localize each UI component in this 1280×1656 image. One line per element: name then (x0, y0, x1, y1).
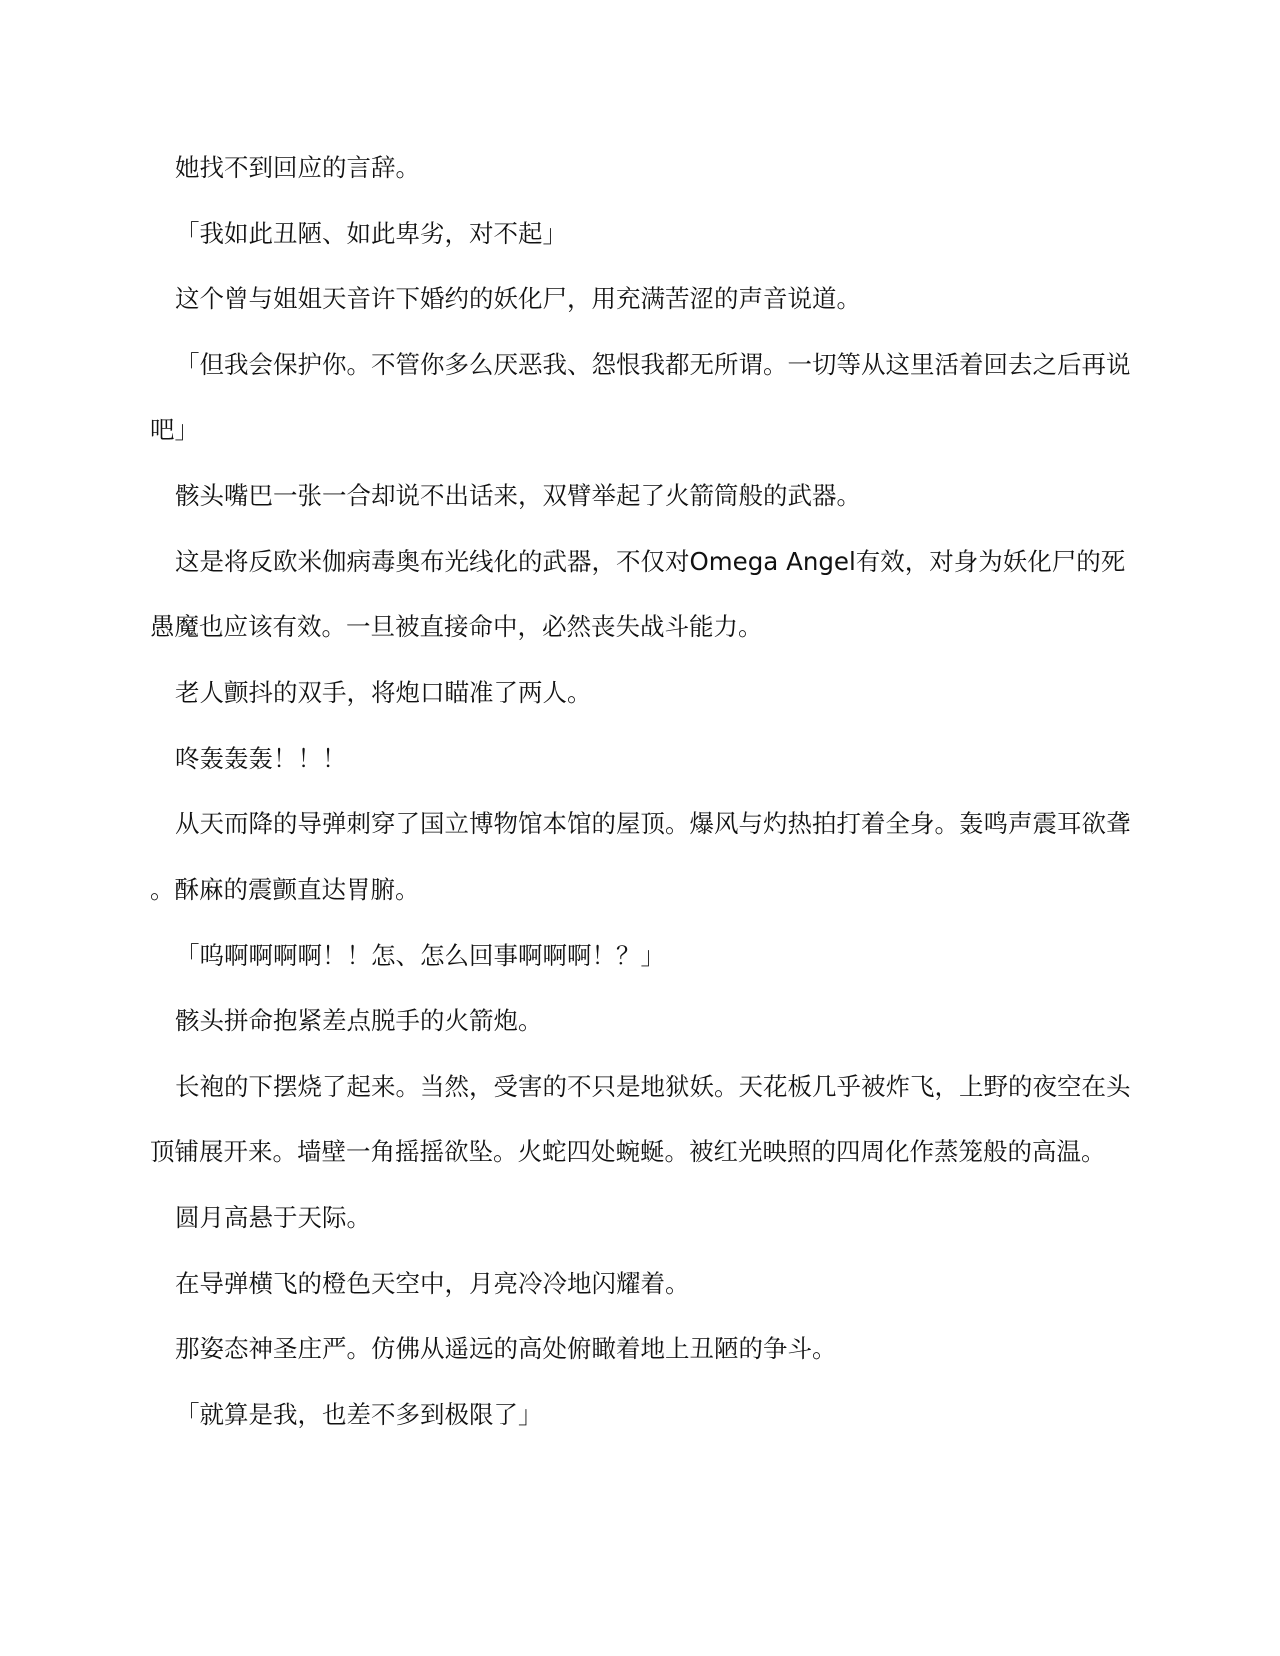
paragraph: 从天而降的导弹刺穿了国立博物馆本馆的屋顶。爆风与灼热拍打着全身。轰鸣声震耳欲聋。… (150, 791, 1146, 922)
paragraph: 老人颤抖的双手，将炮口瞄准了两人。 (150, 675, 1146, 710)
paragraph: 这是将反欧米伽病毒奥布光线化的武器，不仅对Omega Angel有效，对身为妖化… (150, 529, 1146, 660)
paragraph: 长袍的下摆烧了起来。当然，受害的不只是地狱妖。天花板几乎被炸飞，上野的夜空在头顶… (150, 1054, 1146, 1185)
paragraph: 圆月高悬于天际。 (150, 1200, 1146, 1235)
dialogue-paragraph: 「我如此丑陋、如此卑劣，对不起」 (150, 216, 1146, 251)
dialogue-paragraph: 「但我会保护你。不管你多么厌恶我、怨恨我都无所谓。一切等从这里活着回去之后再说吧… (150, 332, 1146, 463)
paragraph: 在导弹横飞的橙色天空中，月亮冷冷地闪耀着。 (150, 1266, 1146, 1301)
document-page: 她找不到回应的言辞。 「我如此丑陋、如此卑劣，对不起」 这个曾与姐姐天音许下婚约… (150, 150, 1146, 1462)
paragraph: 这个曾与姐姐天音许下婚约的妖化尸，用充满苦涩的声音说道。 (150, 281, 1146, 316)
paragraph: 她找不到回应的言辞。 (150, 150, 1146, 185)
paragraph: 那姿态神圣庄严。仿佛从遥远的高处俯瞰着地上丑陋的争斗。 (150, 1331, 1146, 1366)
paragraph: 骸头拼命抱紧差点脱手的火箭炮。 (150, 1003, 1146, 1038)
dialogue-paragraph: 「呜啊啊啊啊！！怎、怎么回事啊啊啊！？」 (150, 938, 1146, 973)
paragraph: 骸头嘴巴一张一合却说不出话来，双臂举起了火箭筒般的武器。 (150, 478, 1146, 513)
paragraph: 咚轰轰轰！！！ (150, 741, 1146, 776)
dialogue-paragraph: 「就算是我，也差不多到极限了」 (150, 1397, 1146, 1432)
